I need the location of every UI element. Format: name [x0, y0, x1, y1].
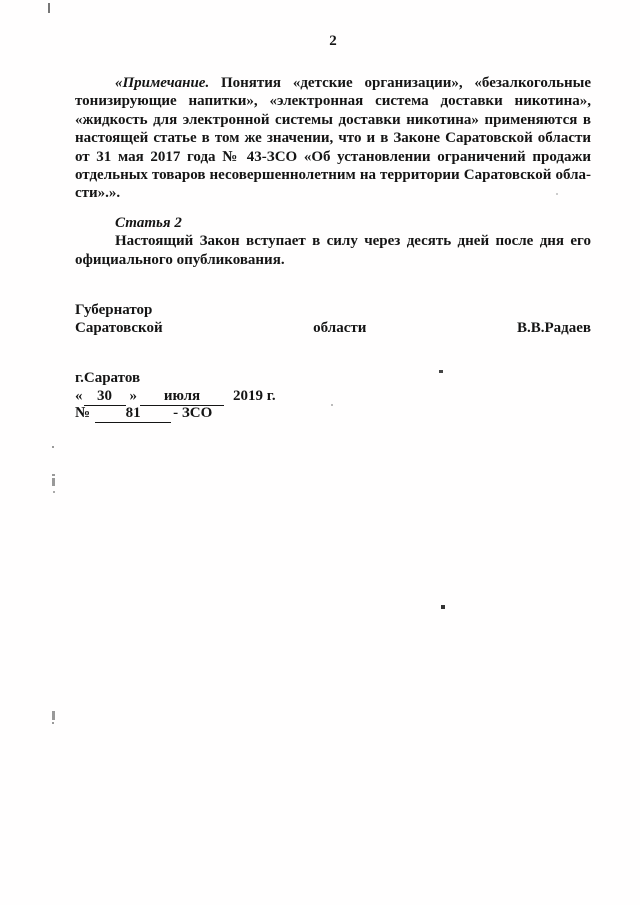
note-line-5: от 31 мая 2017 года № 43-ЗСО «Об установ…: [75, 148, 591, 166]
note-lead: «Примечание.: [115, 75, 209, 91]
article-2-body-line-2: официального опубликования.: [75, 251, 591, 269]
issuance-number-suffix: - ЗСО: [173, 405, 212, 421]
scan-artifact: [441, 605, 445, 609]
note-line-1-rest: Понятия «детские организации», «безалког…: [221, 75, 591, 91]
signature-block: Губернатор Саратовской области В.В.Радае…: [75, 301, 591, 338]
scan-artifact: [53, 491, 55, 493]
note-line-6: отдельных товаров несовершеннолетним на …: [75, 166, 591, 184]
page-number: 2: [75, 32, 591, 50]
scan-artifact: [48, 3, 50, 13]
note-paragraph: «Примечание. Понятия «детские организаци…: [75, 74, 591, 203]
article-2: Статья 2 Настоящий Закон вступает в силу…: [75, 214, 591, 269]
note-line-2: тонизирующие напитки», «электронная сист…: [75, 92, 591, 110]
scan-artifact: [331, 404, 333, 406]
issuance-year: 2019 г.: [233, 388, 276, 404]
issuance-number-line: №81- ЗСО: [75, 404, 591, 423]
note-line-1: «Примечание. Понятия «детские организаци…: [75, 74, 591, 92]
scan-artifact: [439, 370, 443, 373]
quote-close: »: [130, 388, 138, 404]
note-line-4: настоящей статье в том же значении, что …: [75, 129, 591, 147]
article-2-body-line-1: Настоящий Закон вступает в силу через де…: [75, 232, 591, 250]
scan-artifact: [52, 711, 55, 720]
issuance-city: г.Саратов: [75, 369, 591, 388]
note-line-7: сти».».: [75, 184, 591, 202]
scan-artifact: [52, 446, 54, 448]
issuance-number: 81: [95, 406, 171, 423]
scan-artifact: [52, 478, 55, 486]
quote-open: «: [75, 388, 83, 404]
scan-artifact: [52, 474, 55, 476]
signatory-title-line-2: Саратовской области В.В.Радаев: [75, 319, 591, 337]
signatory-region: Саратовской области: [75, 320, 366, 336]
article-2-heading: Статья 2: [75, 214, 591, 232]
scan-artifact: [556, 193, 558, 195]
note-line-3: «жидкость для электронной системы достав…: [75, 111, 591, 129]
number-sign: №: [75, 405, 90, 421]
scan-artifact: [52, 722, 54, 724]
document-page: 2 «Примечание. Понятия «детские организа…: [0, 0, 640, 905]
signatory-title-line-1: Губернатор: [75, 301, 591, 319]
signatory-name: В.В.Радаев: [517, 320, 591, 336]
